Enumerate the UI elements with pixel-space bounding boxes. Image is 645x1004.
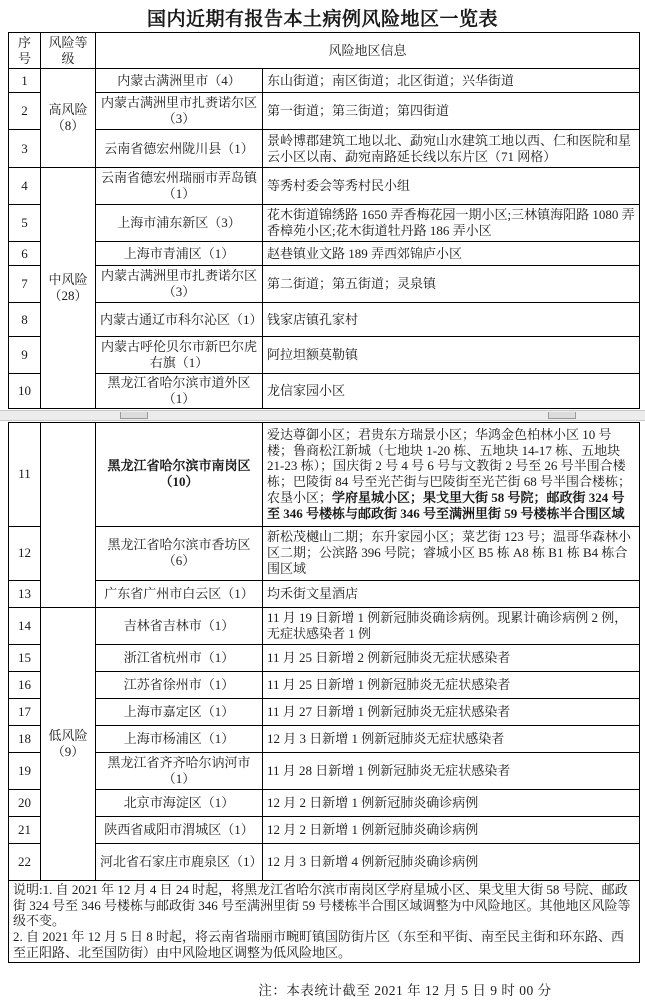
statistics-deadline-note: 注：本表统计截至 2021 年 12 月 5 日 9 时 00 分 (0, 979, 645, 999)
row-number: 15 (9, 644, 41, 671)
region-name: 浙江省杭州市（1） (96, 644, 263, 671)
table-row: 18 上海市杨浦区（1） 12 月 3 日新增 1 例新冠肺炎无症状感染者 (9, 725, 640, 752)
row-number: 3 (9, 130, 41, 168)
table-row: 17 上海市嘉定区（1） 11 月 27 日新增 1 例新冠肺炎无症状感染者 (9, 698, 640, 725)
table-row: 13 广东省广州市白云区（1） 均禾街文星酒店 (9, 580, 640, 607)
region-detail: 东山街道；南区街道；北区街道；兴华街道 (263, 69, 640, 93)
risk-level-label: 低风险 (45, 728, 91, 744)
region-name: 上海市杨浦区（1） (96, 725, 263, 752)
table-column-handle-icon (548, 412, 576, 419)
region-detail: 等秀村委会等秀村民小组 (263, 168, 640, 205)
table-row: 2 内蒙古满洲里市扎赉诺尔区（3） 第一街道；第三街道；第四街道 (9, 93, 640, 130)
row-number: 11 (9, 422, 41, 526)
risk-level-cell-mid: 中风险 （28） (41, 168, 96, 409)
row-number: 13 (9, 580, 41, 607)
risk-table-page2: 11 黑龙江省哈尔滨市南岗区（10） 爱达尊御小区；君贵东方瑞景小区；华鸿金色柏… (8, 422, 640, 963)
table-row: 3 云南省德宏州陇川县（1） 景岭博郡建筑工地以北、勐宛山水建筑工地以西、仁和医… (9, 130, 640, 168)
table-row: 7 内蒙古满洲里市扎赉诺尔区（3） 第二街道；第五街道；灵泉镇 (9, 266, 640, 303)
region-name: 北京市海淀区（1） (96, 789, 263, 816)
region-detail: 12 月 3 日新增 1 例新冠肺炎无症状感染者 (263, 725, 640, 752)
region-name: 河北省石家庄市鹿泉区（1） (96, 843, 263, 880)
region-name: 上海市浦东新区（3） (96, 205, 263, 242)
region-name: 陕西省咸阳市渭城区（1） (96, 816, 263, 843)
region-detail: 均禾街文星酒店 (263, 580, 640, 607)
row-number: 10 (9, 374, 41, 409)
risk-level-cell-high: 高风险 （8） (41, 69, 96, 168)
row-number: 5 (9, 205, 41, 242)
region-detail: 花木街道锦绣路 1650 弄香梅花园一期小区;三林镇海阳路 1080 弄香樟苑小… (263, 205, 640, 242)
region-detail: 第一街道；第三街道；第四街道 (263, 93, 640, 130)
region-name: 黑龙江省哈尔滨市南岗区（10） (96, 422, 263, 526)
risk-level-label: 高风险 (45, 102, 91, 118)
table-column-handle-icon (120, 412, 148, 419)
region-detail: 12 月 2 日新增 1 例新冠肺炎确诊病例 (263, 789, 640, 816)
region-name: 云南省德宏州陇川县（1） (96, 130, 263, 168)
table-row: 15 浙江省杭州市（1） 11 月 25 日新增 2 例新冠肺炎无症状感染者 (9, 644, 640, 671)
region-detail: 阿拉坦额莫勒镇 (263, 337, 640, 374)
table-row: 11 黑龙江省哈尔滨市南岗区（10） 爱达尊御小区；君贵东方瑞景小区；华鸿金色柏… (9, 422, 640, 526)
risk-level-label: 中风险 (45, 272, 91, 288)
table-row: 22 河北省石家庄市鹿泉区（1） 12 月 3 日新增 4 例新冠肺炎确诊病例 (9, 843, 640, 880)
page-title: 国内近期有报告本土病例风险地区一览表 (0, 0, 645, 32)
risk-level-count: （9） (45, 744, 91, 760)
row-number: 14 (9, 607, 41, 644)
region-name: 黑龙江省齐齐哈尔讷河市（1） (96, 752, 263, 789)
row-number: 8 (9, 303, 41, 337)
region-detail: 新松茂樾山二期；东升家园小区；菜艺街 123 号；温哥华森林小区二期；公滨路 3… (263, 526, 640, 580)
header-risk-info: 风险地区信息 (96, 33, 640, 69)
risk-level-count: （8） (45, 118, 91, 134)
region-name: 内蒙古满洲里市扎赉诺尔区（3） (96, 93, 263, 130)
note-line-2: 2. 自 2021 年 12 月 5 日 8 时起，将云南省瑞丽市畹町镇国防街片… (13, 929, 635, 961)
row-number: 6 (9, 242, 41, 266)
table-row: 16 江苏省徐州市（1） 11 月 25 日新增 1 例新冠肺炎无症状感染者 (9, 671, 640, 698)
table-row: 9 内蒙古呼伦贝尔市新巴尔虎右旗（1） 阿拉坦额莫勒镇 (9, 337, 640, 374)
header-risk-level: 风险等级 (41, 33, 96, 69)
row-number: 19 (9, 752, 41, 789)
region-detail: 11 月 25 日新增 1 例新冠肺炎无症状感染者 (263, 671, 640, 698)
table-row: 12 黑龙江省哈尔滨市香坊区（6） 新松茂樾山二期；东升家园小区；菜艺街 123… (9, 526, 640, 580)
region-name: 内蒙古通辽市科尔沁区（1） (96, 303, 263, 337)
table-row: 1 高风险 （8） 内蒙古满洲里市（4） 东山街道；南区街道；北区街道；兴华街道 (9, 69, 640, 93)
table-row: 14 低风险 （9） 吉林省吉林市（1） 11 月 19 日新增 1 例新冠肺炎… (9, 607, 640, 644)
risk-level-count: （28） (45, 288, 91, 304)
row-number: 7 (9, 266, 41, 303)
region-name: 内蒙古满洲里市扎赉诺尔区（3） (96, 266, 263, 303)
region-name: 广东省广州市白云区（1） (96, 580, 263, 607)
table-row: 6 上海市青浦区（1） 赵巷镇业文路 189 弄西郊锦庐小区 (9, 242, 640, 266)
row-number: 2 (9, 93, 41, 130)
risk-table-page1: 序号 风险等级 风险地区信息 1 高风险 （8） 内蒙古满洲里市（4） 东山街道… (8, 32, 640, 409)
note-cell: 说明:1. 自 2021 年 12 月 4 日 24 时起，将黑龙江省哈尔滨市南… (9, 880, 640, 962)
region-name: 黑龙江省哈尔滨市道外区（1） (96, 374, 263, 409)
row-number: 4 (9, 168, 41, 205)
region-name: 黑龙江省哈尔滨市香坊区（6） (96, 526, 263, 580)
region-name: 内蒙古呼伦贝尔市新巴尔虎右旗（1） (96, 337, 263, 374)
region-detail: 钱家店镇孔家村 (263, 303, 640, 337)
region-name: 上海市嘉定区（1） (96, 698, 263, 725)
row-number: 18 (9, 725, 41, 752)
row-number: 9 (9, 337, 41, 374)
region-name: 吉林省吉林市（1） (96, 607, 263, 644)
region-name: 江苏省徐州市（1） (96, 671, 263, 698)
risk-level-cell-low: 低风险 （9） (41, 607, 96, 880)
page-break-band (0, 410, 645, 421)
risk-level-cell-mid-continued (41, 422, 96, 607)
table-row: 20 北京市海淀区（1） 12 月 2 日新增 1 例新冠肺炎确诊病例 (9, 789, 640, 816)
table-row: 4 中风险 （28） 云南省德宏州瑞丽市弄岛镇（1） 等秀村委会等秀村民小组 (9, 168, 640, 205)
table-row: 8 内蒙古通辽市科尔沁区（1） 钱家店镇孔家村 (9, 303, 640, 337)
region-detail: 爱达尊御小区；君贵东方瑞景小区；华鸿金色柏林小区 10 号楼；鲁商松江新城（七地… (263, 422, 640, 526)
table-row: 10 黑龙江省哈尔滨市道外区（1） 龙信家园小区 (9, 374, 640, 409)
region-detail: 12 月 2 日新增 1 例新冠肺炎确诊病例 (263, 816, 640, 843)
row-number: 16 (9, 671, 41, 698)
region-name: 云南省德宏州瑞丽市弄岛镇（1） (96, 168, 263, 205)
region-detail: 龙信家园小区 (263, 374, 640, 409)
region-detail: 11 月 27 日新增 1 例新冠肺炎无症状感染者 (263, 698, 640, 725)
region-name: 内蒙古满洲里市（4） (96, 69, 263, 93)
region-detail: 11 月 28 日新增 1 例新冠肺炎无症状感染者 (263, 752, 640, 789)
table-row: 5 上海市浦东新区（3） 花木街道锦绣路 1650 弄香梅花园一期小区;三林镇海… (9, 205, 640, 242)
row-number: 20 (9, 789, 41, 816)
table-row: 21 陕西省咸阳市渭城区（1） 12 月 2 日新增 1 例新冠肺炎确诊病例 (9, 816, 640, 843)
row-number: 12 (9, 526, 41, 580)
region-detail: 第二街道；第五街道；灵泉镇 (263, 266, 640, 303)
note-row: 说明:1. 自 2021 年 12 月 4 日 24 时起，将黑龙江省哈尔滨市南… (9, 880, 640, 962)
region-name: 上海市青浦区（1） (96, 242, 263, 266)
row-number: 22 (9, 843, 41, 880)
table-row: 19 黑龙江省齐齐哈尔讷河市（1） 11 月 28 日新增 1 例新冠肺炎无症状… (9, 752, 640, 789)
region-detail: 11 月 19 日新增 1 例新冠肺炎确诊病例。现累计确诊病例 2 例，无症状感… (263, 607, 640, 644)
region-detail: 赵巷镇业文路 189 弄西郊锦庐小区 (263, 242, 640, 266)
region-detail: 11 月 25 日新增 2 例新冠肺炎无症状感染者 (263, 644, 640, 671)
header-row: 序号 风险等级 风险地区信息 (9, 33, 640, 69)
note-line-1: 说明:1. 自 2021 年 12 月 4 日 24 时起，将黑龙江省哈尔滨市南… (13, 882, 635, 930)
region-detail: 12 月 3 日新增 4 例新冠肺炎确诊病例 (263, 843, 640, 880)
header-no: 序号 (9, 33, 41, 69)
region-detail: 景岭博郡建筑工地以北、勐宛山水建筑工地以西、仁和医院和星云小区以南、勐宛南路延长… (263, 130, 640, 168)
row-number: 21 (9, 816, 41, 843)
row-number: 17 (9, 698, 41, 725)
row-number: 1 (9, 69, 41, 93)
